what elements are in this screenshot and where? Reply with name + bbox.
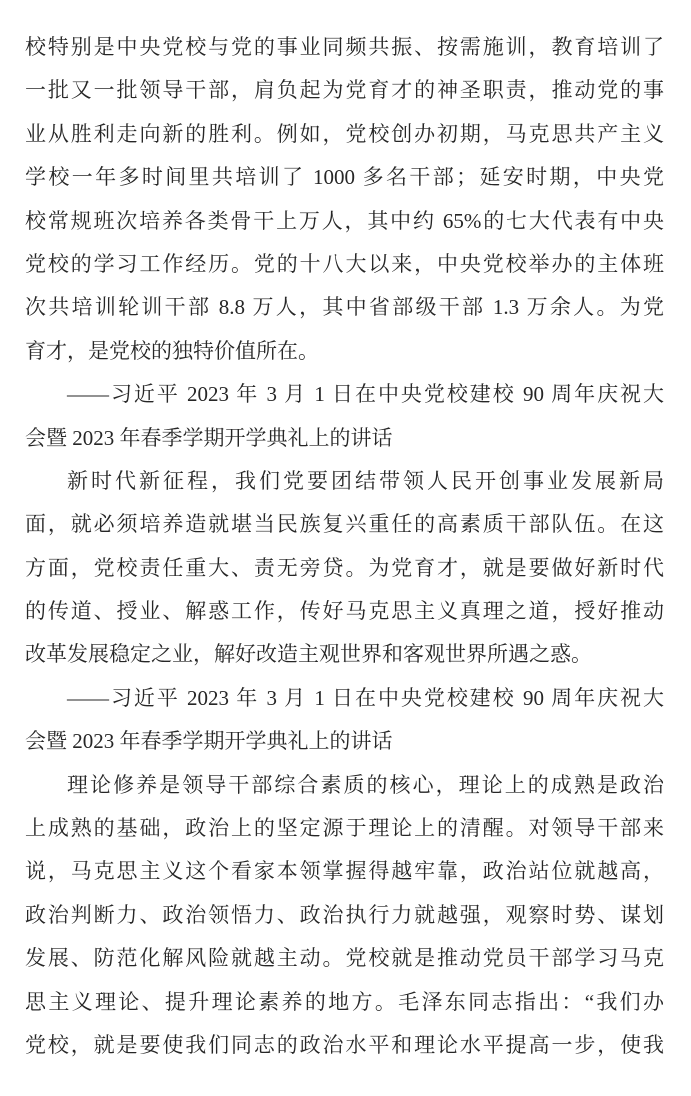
text-line: 思主义理论、提升理论素养的地方。毛泽东同志指出：“我们办 bbox=[25, 981, 664, 1024]
text-line: 方面，党校责任重大、责无旁贷。为党育才，就是要做好新时代 bbox=[25, 547, 664, 590]
text-line: 业从胜利走向新的胜利。例如，党校创办初期，马克思共产主义 bbox=[25, 113, 664, 156]
text-line: ——习近平 2023 年 3 月 1 日在中央党校建校 90 周年庆祝大 bbox=[25, 373, 664, 416]
text-line: 发展、防范化解风险就越主动。党校就是推动党员干部学习马克 bbox=[25, 937, 664, 980]
text-line: ——习近平 2023 年 3 月 1 日在中央党校建校 90 周年庆祝大 bbox=[25, 677, 664, 720]
text-line: 学校一年多时间里共培训了 1000 多名干部；延安时期，中央党 bbox=[25, 156, 664, 199]
text-line: 上成熟的基础，政治上的坚定源于理论上的清醒。对领导干部来 bbox=[25, 807, 664, 850]
text-line: 理论修养是领导干部综合素质的核心，理论上的成熟是政治 bbox=[25, 764, 664, 807]
text-line: 育才，是党校的独特价值所在。 bbox=[25, 330, 664, 373]
text-line: 改革发展稳定之业，解好改造主观世界和客观世界所遇之惑。 bbox=[25, 633, 664, 676]
paragraph-party-school-achievements: 校特别是中央党校与党的事业同频共振、按需施训，教育培训了一批又一批领导干部，肩负… bbox=[25, 26, 664, 373]
document-body: 校特别是中央党校与党的事业同频共振、按需施训，教育培训了一批又一批领导干部，肩负… bbox=[25, 26, 664, 1067]
text-line: 党校的学习工作经历。党的十八大以来，中央党校举办的主体班 bbox=[25, 243, 664, 286]
text-line: 校特别是中央党校与党的事业同频共振、按需施训，教育培训了 bbox=[25, 26, 664, 69]
text-line: 面，就必须培养造就堪当民族复兴重任的高素质干部队伍。在这 bbox=[25, 503, 664, 546]
paragraph-theoretical-cultivation: 理论修养是领导干部综合素质的核心，理论上的成熟是政治上成熟的基础，政治上的坚定源… bbox=[25, 764, 664, 1068]
document-page: 校特别是中央党校与党的事业同频共振、按需施训，教育培训了一批又一批领导干部，肩负… bbox=[0, 0, 691, 1096]
text-line: 说，马克思主义这个看家本领掌握得越牢靠，政治站位就越高， bbox=[25, 850, 664, 893]
text-line: 校常规班次培养各类骨干上万人，其中约 65%的七大代表有中央 bbox=[25, 200, 664, 243]
text-line: 政治判断力、政治领悟力、政治执行力就越强，观察时势、谋划 bbox=[25, 894, 664, 937]
text-line: 的传道、授业、解惑工作，传好马克思主义真理之道，授好推动 bbox=[25, 590, 664, 633]
paragraph-attribution-1: ——习近平 2023 年 3 月 1 日在中央党校建校 90 周年庆祝大会暨 2… bbox=[25, 373, 664, 460]
text-line: 会暨 2023 年春季学期开学典礼上的讲话 bbox=[25, 720, 664, 763]
text-line: 新时代新征程，我们党要团结带领人民开创事业发展新局 bbox=[25, 460, 664, 503]
text-line: 次共培训轮训干部 8.8 万人，其中省部级干部 1.3 万余人。为党 bbox=[25, 286, 664, 329]
paragraph-new-era-cadres: 新时代新征程，我们党要团结带领人民开创事业发展新局面，就必须培养造就堪当民族复兴… bbox=[25, 460, 664, 677]
text-line: 一批又一批领导干部，肩负起为党育才的神圣职责，推动党的事 bbox=[25, 69, 664, 112]
paragraph-attribution-2: ——习近平 2023 年 3 月 1 日在中央党校建校 90 周年庆祝大会暨 2… bbox=[25, 677, 664, 764]
text-line: 党校，就是要使我们同志的政治水平和理论水平提高一步，使我 bbox=[25, 1024, 664, 1067]
text-line: 会暨 2023 年春季学期开学典礼上的讲话 bbox=[25, 417, 664, 460]
